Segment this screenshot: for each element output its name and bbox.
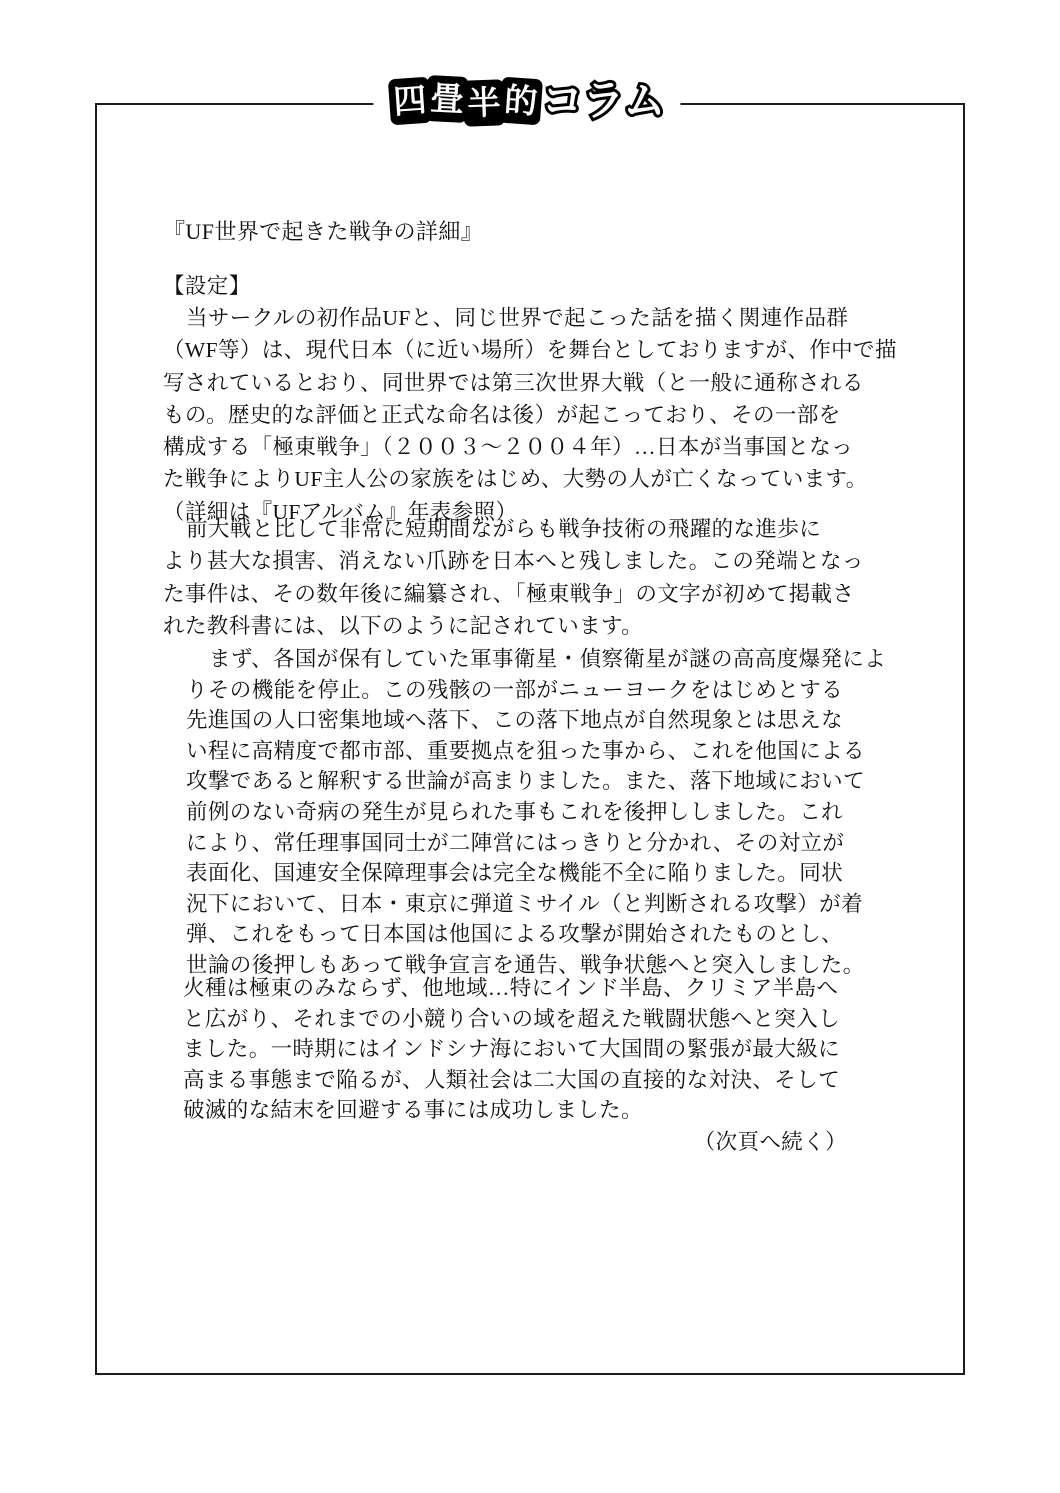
text-line: 前大戦と比して非常に短期間ながらも戦争技術の飛躍的な進歩に	[163, 513, 864, 545]
text-line: りその機能を停止。この残骸の一部がニューヨークをはじめとする	[186, 675, 886, 706]
paragraph-escalation: 火種は極東のみならず、他地域…特にインド半島、クリミア半島へと広がり、それまでの…	[183, 973, 840, 1126]
section-heading: 【設定】	[163, 270, 251, 302]
text-line: た戦争によりUF主人公の家族をはじめ、大勢の人が亡くなっています。	[163, 463, 897, 495]
text-line: 火種は極東のみならず、他地域…特にインド半島、クリミア半島へ	[183, 973, 840, 1004]
text-line: れた教科書には、以下のように記されています。	[163, 610, 864, 642]
logo-char: ラ	[582, 80, 621, 122]
textbook-quote-block: まず、各国が保有していた軍事衛星・偵察衛星が謎の高高度爆発によりその機能を停止。…	[186, 644, 886, 981]
logo-char: ム	[623, 80, 662, 122]
text-line: 況下において、日本・東京に弾道ミサイル（と判断される攻撃）が着	[186, 889, 886, 920]
text-line: もの。歴史的な評価と正式な命名は後）が起こっており、その一部を	[163, 399, 897, 431]
column-logo: 四畳半的コラム	[373, 78, 680, 124]
continuation-note: （次頁へ続く）	[163, 1126, 895, 1159]
text-line: ました。一時期にはインドシナ海において大国間の緊張が最大級に	[183, 1034, 840, 1065]
logo-char: 的	[499, 77, 543, 126]
document-title-text: 『UF世界で起きた戦争の詳細』	[163, 216, 483, 248]
text-line: 先進国の人口密集地域へ落下、この落下地点が自然現象とは思えな	[186, 705, 886, 736]
text-line: により、常任理事国同士が二陣営にはっきりと分かれ、その対立が	[186, 828, 886, 859]
text-line: と広がり、それまでの小競り合いの域を超えた戦闘状態へと突入し	[183, 1004, 840, 1035]
text-line: 表面化、国連安全保障理事会は完全な機能不全に陥りました。同状	[186, 858, 886, 889]
section-heading-text: 【設定】	[163, 270, 251, 302]
text-line: 写されているとおり、同世界では第三次世界大戦（と一般に通称される	[163, 367, 897, 399]
column-page: 四畳半的コラム 『UF世界で起きた戦争の詳細』 【設定】 当サークルの初作品UF…	[0, 0, 1060, 1493]
text-line: 弾、これをもって日本国は他国による攻撃が開始されたものとし、	[186, 919, 886, 950]
paragraph-aftermath: 前大戦と比して非常に短期間ながらも戦争技術の飛躍的な進歩により甚大な損害、消えな…	[163, 513, 864, 642]
text-line: 破滅的な結末を回避する事には成功しました。	[183, 1095, 840, 1126]
text-line: 攻撃であると解釈する世論が高まりました。また、落下地域において	[186, 766, 886, 797]
text-line: た事件は、その数年後に編纂され、「極東戦争」の文字が初めて掲載さ	[163, 578, 864, 610]
text-line: い程に高精度で都市部、重要拠点を狙った事から、これを他国による	[186, 736, 886, 767]
text-line: 構成する「極東戦争」（２００３～２００４年）…日本が当事国となっ	[163, 431, 897, 463]
text-line: （WF等）は、現代日本（に近い場所）を舞台としておりますが、作中で描	[163, 334, 897, 366]
text-line: 高まる事態まで陥るが、人類社会は二大国の直接的な対決、そして	[183, 1065, 840, 1096]
document-title: 『UF世界で起きた戦争の詳細』	[163, 216, 483, 248]
paragraph-setting: 当サークルの初作品UFと、同じ世界で起こった話を描く関連作品群（WF等）は、現代…	[163, 302, 897, 528]
text-line: 前例のない奇病の発生が見られた事もこれを後押ししました。これ	[186, 797, 886, 828]
logo-char: 畳	[425, 75, 468, 123]
text-line: より甚大な損害、消えない爪跡を日本へと残しました。この発端となっ	[163, 545, 864, 577]
text-line: まず、各国が保有していた軍事衛星・偵察衛星が謎の高高度爆発によ	[186, 644, 886, 675]
logo-char: コ	[541, 80, 580, 122]
text-line: 当サークルの初作品UFと、同じ世界で起こった話を描く関連作品群	[163, 302, 897, 334]
logo-char: 半	[463, 79, 506, 126]
